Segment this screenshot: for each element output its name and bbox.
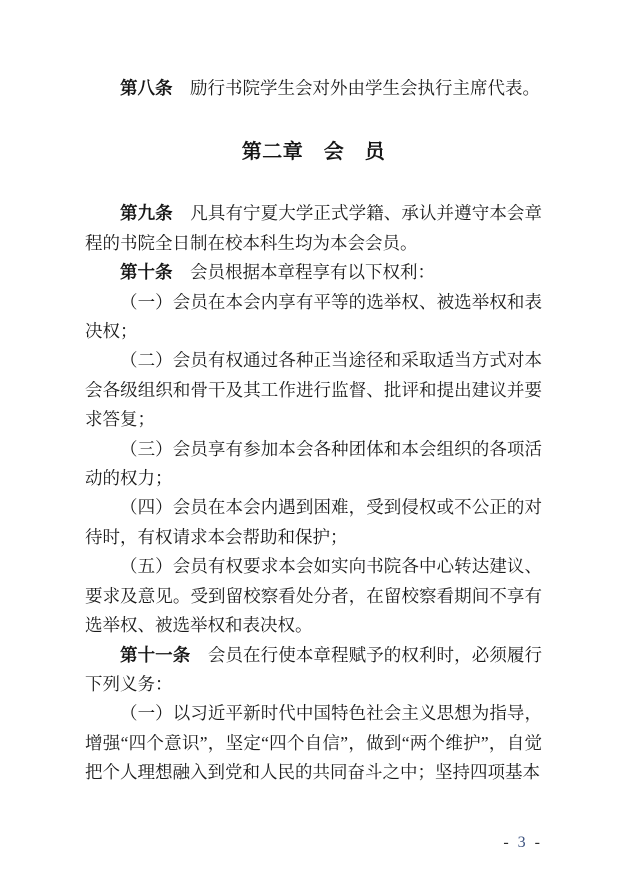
article-11-label: 第十一条 [120, 645, 190, 665]
page-number-right-dash: - [535, 834, 540, 851]
page-number-left-dash: - [503, 834, 508, 851]
article-8-label: 第八条 [120, 78, 173, 98]
page-number: -3- [503, 834, 540, 852]
member-right-item-4: （四）会员在本会内遇到困难，受到侵权或不公正的对待时，有权请求本会帮助和保护； [85, 493, 542, 552]
document-page: 第八条励行书院学生会对外由学生会执行主席代表。 第二章 会 员 第九条凡具有宁夏… [0, 0, 626, 883]
document-content: 第八条励行书院学生会对外由学生会执行主席代表。 第二章 会 员 第九条凡具有宁夏… [85, 74, 542, 788]
member-right-item-1: （一）会员在本会内享有平等的选举权、被选举权和表决权； [85, 288, 542, 347]
chapter-2-heading: 第二章 会 员 [85, 137, 542, 167]
article-8-paragraph: 第八条励行书院学生会对外由学生会执行主席代表。 [85, 74, 542, 103]
article-11-paragraph: 第十一条会员在行使本章程赋予的权利时，必须履行下列义务： [85, 641, 542, 700]
article-10-paragraph: 第十条会员根据本章程享有以下权利： [85, 258, 542, 287]
article-10-label: 第十条 [120, 262, 173, 282]
article-9-paragraph: 第九条凡具有宁夏大学正式学籍、承认并遵守本会章程的书院全日制在校本科生均为本会会… [85, 199, 542, 258]
member-right-item-2: （二）会员有权通过各种正当途径和采取适当方式对本会各级组织和骨干及其工作进行监督… [85, 346, 542, 434]
member-duty-item-1: （一）以习近平新时代中国特色社会主义思想为指导，增强“四个意识”，坚定“四个自信… [85, 699, 542, 787]
page-number-value: 3 [518, 834, 526, 851]
article-8-text: 励行书院学生会对外由学生会执行主席代表。 [190, 78, 540, 98]
member-right-item-5: （五）会员有权要求本会如实向书院各中心转达建议、要求及意见。受到留校察看处分者，… [85, 552, 542, 640]
article-9-label: 第九条 [120, 203, 173, 223]
article-10-text: 会员根据本章程享有以下权利： [190, 262, 435, 282]
member-right-item-3: （三）会员享有参加本会各种团体和本会组织的各项活动的权力； [85, 435, 542, 494]
